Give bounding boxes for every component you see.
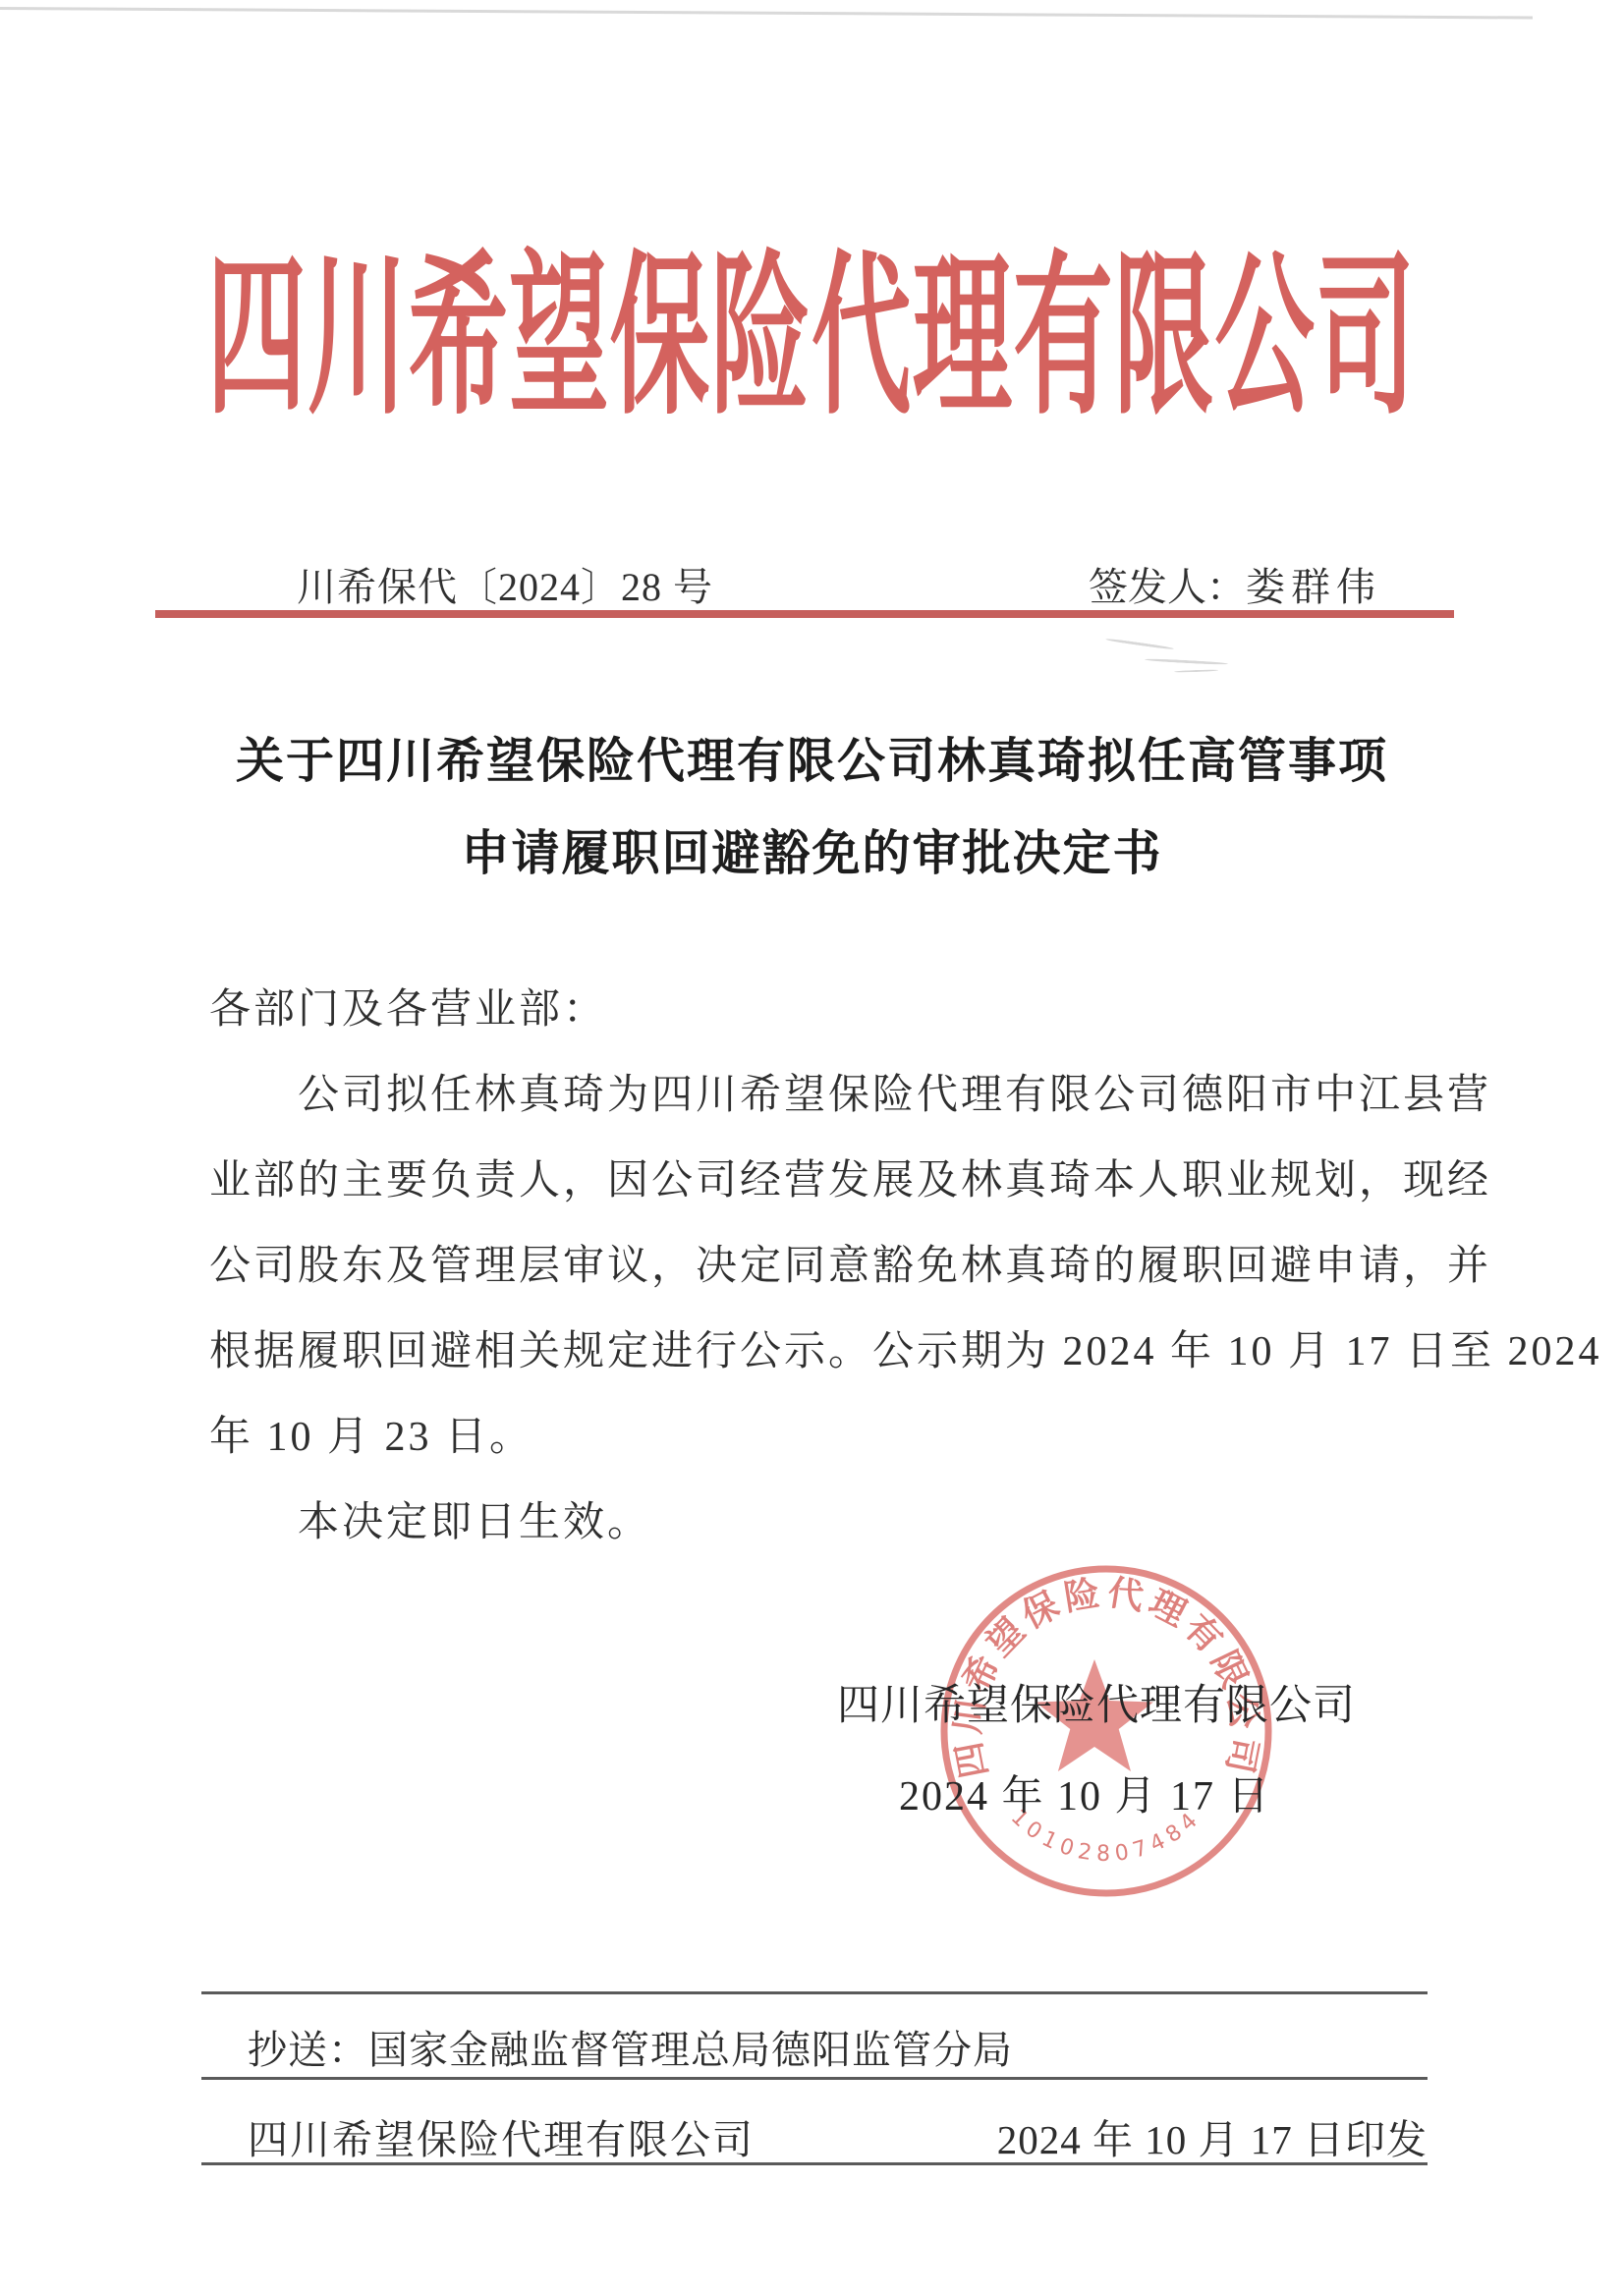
- print-date: 2024 年 10 月 17 日印发: [997, 2107, 1428, 2165]
- document-title-line1: 关于四川希望保险代理有限公司林真琦拟任高管事项: [0, 715, 1624, 808]
- red-separator-rule: [155, 610, 1454, 618]
- body-line: 公司拟任林真琦为四川希望保险代理有限公司德阳市中江县营: [209, 1053, 1477, 1139]
- footer-rule-middle: [201, 2077, 1428, 2080]
- issuer-line: 签发人：娄群伟: [1089, 556, 1381, 612]
- issuer-name: 娄群伟: [1246, 565, 1381, 609]
- body-line: 业部的主要负责人，因公司经营发展及林真琦本人职业规划，现经: [209, 1139, 1477, 1224]
- body-line: 根据履职回避相关规定进行公示。公示期为 2024 年 10 月 17 日至 20…: [209, 1310, 1477, 1395]
- issuing-org: 四川希望保险代理有限公司: [248, 2107, 755, 2165]
- document-number: 川希保代〔2024〕28 号: [297, 556, 713, 612]
- issuer-label: 签发人：: [1089, 565, 1246, 609]
- body-text: 各部门及各营业部： 公司拟任林真琦为四川希望保险代理有限公司德阳市中江县营 业部…: [209, 968, 1477, 1566]
- footer-rule-top: [201, 1991, 1428, 1994]
- cc-recipient: 国家金融监督管理总局德阳监管分局: [368, 2028, 1013, 2072]
- official-document-page: 四川希望保险代理有限公司 川希保代〔2024〕28 号 签发人：娄群伟 关于四川…: [0, 0, 1624, 2295]
- letterhead: 四川希望保险代理有限公司: [0, 246, 1624, 430]
- salutation: 各部门及各营业部：: [209, 968, 1477, 1053]
- cc-line: 抄送：国家金融监督管理总局德阳监管分局: [248, 2019, 1013, 2075]
- signature-company: 四川希望保险代理有限公司: [837, 1672, 1356, 1732]
- scan-artifact-line: [0, 7, 1533, 20]
- footer-rule-bottom: [201, 2162, 1428, 2165]
- cc-label: 抄送：: [248, 2028, 368, 2072]
- scan-smudge: [1105, 637, 1233, 680]
- body-line: 公司股东及管理层审议，决定同意豁免林真琦的履职回避申请，并: [209, 1224, 1477, 1310]
- signature-date: 2024 年 10 月 17 日: [899, 1763, 1271, 1822]
- letterhead-text: 四川希望保险代理有限公司: [206, 246, 1416, 430]
- document-title: 关于四川希望保险代理有限公司林真琦拟任高管事项 申请履职回避豁免的审批决定书: [0, 715, 1624, 900]
- document-title-line2: 申请履职回避豁免的审批决定书: [0, 808, 1624, 900]
- closing-line: 本决定即日生效。: [209, 1481, 1477, 1566]
- body-line: 年 10 月 23 日。: [209, 1395, 1477, 1481]
